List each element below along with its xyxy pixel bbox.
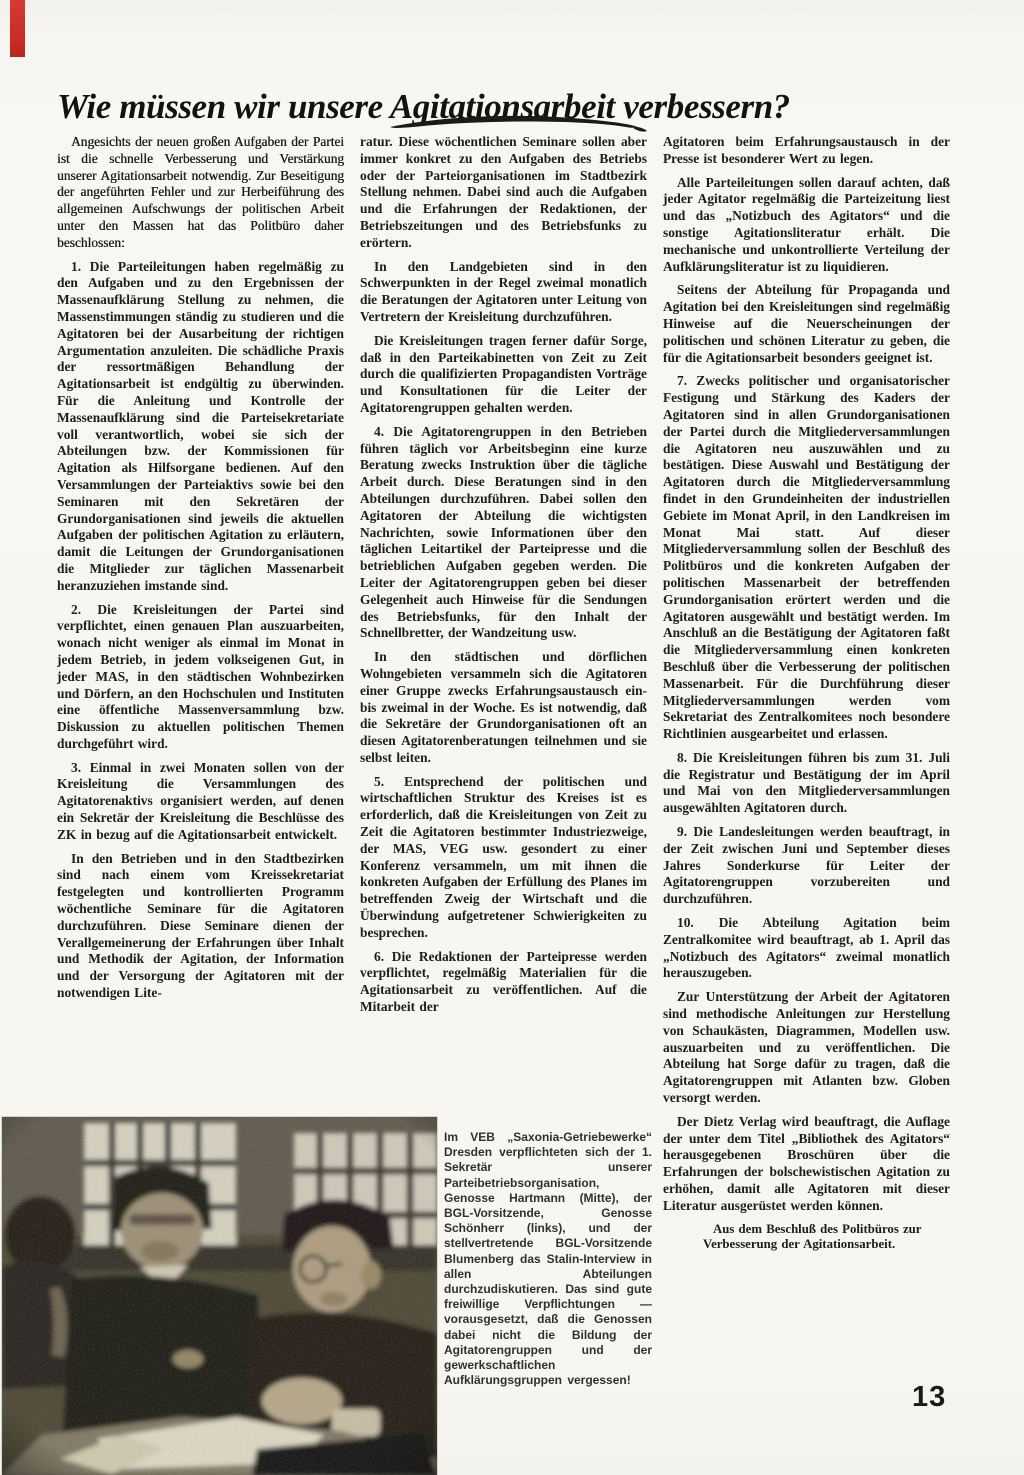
magazine-page: Wie müssen wir unsere Agitationsarbeit v… — [0, 0, 1024, 1475]
paragraph: Angesichts der neuen großen Aufgaben der… — [57, 134, 344, 252]
article-column-1: Angesichts der neuen großen Aufgaben der… — [57, 134, 344, 1094]
photo-image — [2, 1117, 437, 1475]
paragraph: Agitatoren beim Erfahrungsaustausch in d… — [663, 134, 950, 168]
paragraph: In den Betrieben und in den Stadtbezirke… — [57, 851, 344, 1002]
paragraph: 1. Die Parteileitungen haben regelmäßig … — [57, 259, 344, 595]
paragraph: Der Dietz Verlag wird beauftragt, die Au… — [663, 1114, 950, 1215]
paragraph: 2. Die Kreisleitungen der Partei sind ve… — [57, 602, 344, 753]
article-columns: Angesichts der neuen großen Aufgaben der… — [57, 134, 950, 1260]
paragraph: ratur. Diese wöchentlichen Seminare soll… — [360, 134, 647, 252]
paragraph: 8. Die Kreisleitungen führen bis zum 31.… — [663, 750, 950, 817]
paragraph: 6. Die Redaktionen der Parteipresse werd… — [360, 949, 647, 1016]
article-column-3: Agitatoren beim Erfahrungsaustausch in d… — [663, 134, 950, 1260]
article-column-2: ratur. Diese wöchentlichen Seminare soll… — [360, 134, 647, 1094]
paragraph: 5. Entsprechend der politischen und wirt… — [360, 774, 647, 942]
paragraph: Seitens der Abteilung für Propaganda und… — [663, 282, 950, 366]
paragraph: 10. Die Abteilung Agitation beim Zentral… — [663, 915, 950, 982]
paragraph: Aus dem Beschluß des Politbüros zur Verb… — [663, 1222, 950, 1253]
photo-figure — [2, 1117, 437, 1475]
paragraph: In den städtischen und dörflichen Wohnge… — [360, 649, 647, 767]
scan-noise-strip — [0, 0, 1024, 14]
page-number: 13 — [912, 1381, 946, 1414]
paragraph: In den Landgebieten sind in den Schwerpu… — [360, 259, 647, 326]
headline-underline-flourish — [388, 112, 650, 134]
paragraph: 4. Die Agitatorengruppen in den Betriebe… — [360, 424, 647, 642]
red-corner-mark — [10, 0, 25, 57]
paragraph: 7. Zwecks politischer und organisatorisc… — [663, 373, 950, 743]
paragraph: Alle Parteileitungen sollen darauf achte… — [663, 175, 950, 276]
paragraph: Zur Unterstützung der Arbeit der Agitato… — [663, 989, 950, 1107]
photo-caption: Im VEB „Saxonia-Getriebewerke“ Dresden v… — [444, 1130, 652, 1388]
paragraph: 9. Die Landesleitungen werden beauftragt… — [663, 824, 950, 908]
paragraph: 3. Einmal in zwei Monaten sollen von der… — [57, 760, 344, 844]
paragraph: Die Kreisleitungen tragen ferner dafür S… — [360, 333, 647, 417]
